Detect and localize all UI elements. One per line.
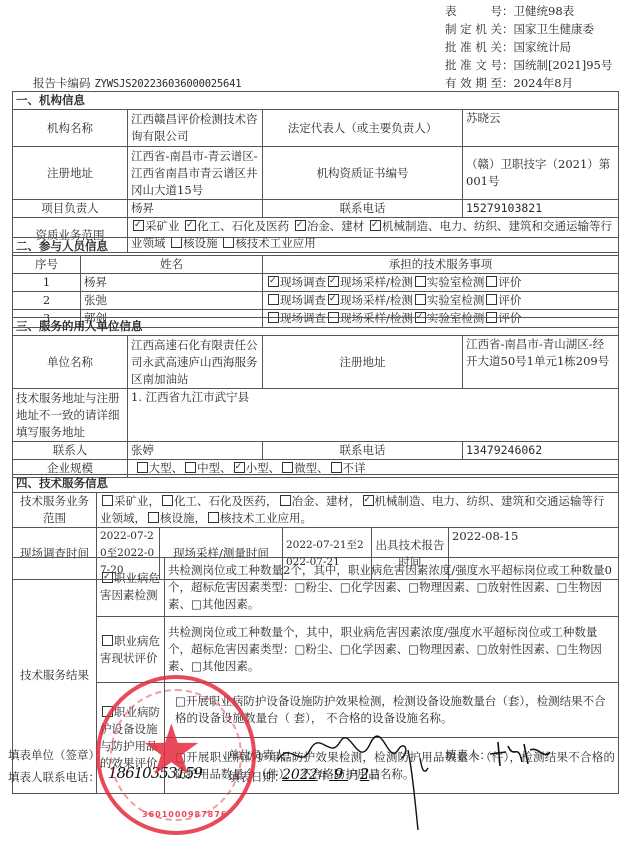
legal-rep: 苏晓云 bbox=[463, 110, 619, 147]
service-scope-options: 采矿业，化工、石化及医药，冶金、建材，机械制造、电力、纺织、建筑和交通运输等行业… bbox=[97, 493, 619, 528]
checkbox[interactable] bbox=[185, 462, 196, 473]
checkbox[interactable] bbox=[370, 220, 381, 231]
meta-row: 制定机关：国家卫生健康委 bbox=[445, 20, 612, 38]
org-name-label: 机构名称 bbox=[13, 110, 128, 147]
service-scope-label: 技术服务业务范围 bbox=[13, 493, 97, 528]
meta-row: 批准机关：国家统计局 bbox=[445, 38, 612, 56]
service-addr-label: 技术服务地址与注册地址不一致的请详细填写服务地址 bbox=[13, 389, 128, 442]
cert-no: （赣）卫职技字（2021）第001号 bbox=[463, 147, 619, 200]
checkbox[interactable] bbox=[295, 220, 306, 231]
result-item-text: 共检测岗位或工种数量个，其中，职业病危害因素浓度/强度水平超标岗位或工种数量个，… bbox=[165, 617, 619, 683]
checkbox[interactable] bbox=[102, 635, 113, 646]
checkbox[interactable] bbox=[486, 276, 497, 287]
reg-addr-label: 注册地址 bbox=[13, 147, 128, 200]
checkbox[interactable] bbox=[137, 462, 148, 473]
employer-table: 三、服务的用人单位信息 单位名称 江西高速石化有限责任公司永武高速庐山西海服务区… bbox=[12, 317, 619, 478]
contact: 张婷 bbox=[128, 442, 263, 460]
star-icon: ★ bbox=[140, 715, 203, 785]
project-lead: 杨昇 bbox=[128, 200, 263, 218]
meta-row: 批准文号：国统制[2021]95号 bbox=[445, 56, 612, 74]
meta-row: 表 号：卫健统98表 bbox=[445, 2, 612, 20]
cert-label: 机构资质证书编号 bbox=[263, 147, 463, 200]
meta-row: 有效期至：2024年8月 bbox=[445, 74, 612, 92]
contact-phone-label: 联系电话 bbox=[263, 442, 463, 460]
contact-label: 联系人 bbox=[13, 442, 128, 460]
report-form: 一、机构信息 机构名称 江西赣昌评价检测技术咨询有限公司 法定代表人（或主要负责… bbox=[12, 91, 619, 253]
col-header: 承担的技术服务事项 bbox=[263, 256, 619, 274]
legal-rep-label: 法定代表人（或主要负责人） bbox=[263, 110, 463, 147]
checkbox[interactable] bbox=[280, 495, 291, 506]
section-title: 二、参与人员信息 bbox=[13, 238, 619, 256]
service-addr: 1. 江西省九江市武宁县 bbox=[128, 389, 619, 442]
report-code: 报告卡编码ZYWSJS202236036000025641 bbox=[33, 75, 241, 91]
result-item-label: 职业病危害因素检测 bbox=[97, 558, 165, 617]
phone-label: 联系电话 bbox=[263, 200, 463, 218]
filler-label: 填表人： bbox=[445, 747, 491, 763]
checkbox[interactable] bbox=[208, 512, 219, 523]
checkbox[interactable] bbox=[363, 495, 374, 506]
section-title: 一、机构信息 bbox=[13, 92, 619, 110]
checkbox[interactable] bbox=[328, 276, 339, 287]
col-header: 姓名 bbox=[81, 256, 263, 274]
org-name: 江西赣昌评价检测技术咨询有限公司 bbox=[128, 110, 263, 147]
unit-name-label: 单位名称 bbox=[13, 336, 128, 389]
checkbox[interactable] bbox=[415, 276, 426, 287]
table-row: 1 杨昇 现场调查现场采样/检测实验室检测评价 bbox=[13, 274, 619, 292]
reg-addr: 江西省-南昌市-青云谱区-江西省南昌市青云谱区井冈山大道15号 bbox=[128, 147, 263, 200]
checkbox[interactable] bbox=[133, 220, 144, 231]
result-item-text: 共检测岗位或工种数量2个，其中，职业病危害因素浓度/强度水平超标岗位或工种数量0… bbox=[165, 558, 619, 617]
unit-sign-label: 填表单位（签章）： bbox=[8, 747, 106, 763]
checkbox[interactable] bbox=[486, 294, 497, 305]
section-title: 三、服务的用人单位信息 bbox=[13, 318, 619, 336]
checkbox[interactable] bbox=[162, 495, 173, 506]
unit-head-signature bbox=[270, 730, 450, 830]
checkbox[interactable] bbox=[415, 294, 426, 305]
table-row: 2 张弛 现场调查现场采样/检测实验室检测评价 bbox=[13, 292, 619, 310]
official-seal: ★ 3601000987876 bbox=[96, 675, 256, 835]
contact-phone: 13479246062 bbox=[463, 442, 619, 460]
project-lead-label: 项目负责人 bbox=[13, 200, 128, 218]
filler-phone-label: 填表人联系电话： bbox=[8, 769, 100, 785]
checkbox[interactable] bbox=[234, 462, 245, 473]
checkbox[interactable] bbox=[185, 220, 196, 231]
checkbox[interactable] bbox=[148, 512, 159, 523]
personnel-table: 二、参与人员信息 序号 姓名 承担的技术服务事项 1 杨昇 现场调查现场采样/检… bbox=[12, 237, 619, 328]
form-meta: 表 号：卫健统98表 制定机关：国家卫生健康委 批准机关：国家统计局 批准文号：… bbox=[445, 2, 612, 92]
filler-signature bbox=[488, 740, 558, 770]
checkbox[interactable] bbox=[331, 462, 342, 473]
unit-reg-addr-label: 注册地址 bbox=[263, 336, 463, 389]
checkbox[interactable] bbox=[328, 294, 339, 305]
unit-reg-addr: 江西省-南昌市-青山湖区-经开大道50号1单元1栋209号 bbox=[463, 336, 619, 389]
checkbox[interactable] bbox=[102, 495, 113, 506]
checkbox[interactable] bbox=[268, 276, 279, 287]
section-title: 四、技术服务信息 bbox=[13, 475, 619, 493]
unit-name: 江西高速石化有限责任公司永武高速庐山西海服务区南加油站 bbox=[128, 336, 263, 389]
checkbox[interactable] bbox=[268, 294, 279, 305]
phone: 15279103821 bbox=[463, 200, 619, 218]
checkbox[interactable] bbox=[102, 572, 113, 583]
result-item-label: 职业病危害现状评价 bbox=[97, 617, 165, 683]
checkbox[interactable] bbox=[282, 462, 293, 473]
col-header: 序号 bbox=[13, 256, 81, 274]
